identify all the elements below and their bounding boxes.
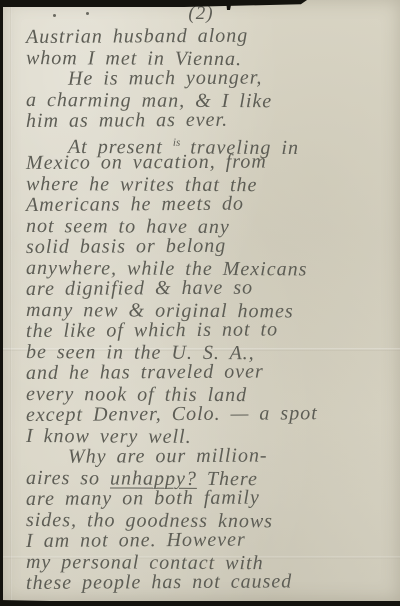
handwritten-line: He is much younger, bbox=[26, 67, 398, 90]
handwritten-line: Why are our million- bbox=[26, 445, 398, 468]
handwritten-line: Austrian husband along bbox=[26, 25, 398, 48]
handwritten-line: and he has traveled over bbox=[26, 361, 398, 384]
handwritten-line: are many on both family bbox=[26, 487, 398, 510]
fold-crease-vertical bbox=[10, 0, 12, 601]
letter-lines: Austrian husband alongwhom I met in Vien… bbox=[26, 27, 398, 594]
handwritten-line: solid basis or belong bbox=[26, 235, 398, 258]
handwritten-line: him as much as ever. bbox=[26, 109, 398, 132]
letter-paper: (2) Austrian husband alongwhom I met in … bbox=[2, 0, 400, 601]
scan-edge-left bbox=[0, 0, 3, 606]
handwritten-line: are dignified & have so bbox=[26, 277, 398, 300]
handwritten-line: Americans he meets do bbox=[26, 193, 398, 216]
handwritten-line: the like of which is not to bbox=[26, 319, 398, 342]
handwritten-line: Mexico on vacation, from bbox=[26, 151, 398, 174]
handwritten-line: I am not one. However bbox=[26, 529, 398, 552]
scanned-letter-page: (2) Austrian husband alongwhom I met in … bbox=[0, 0, 400, 606]
handwritten-line: these people has not caused bbox=[26, 571, 398, 594]
handwritten-line: except Denver, Colo. — a spot bbox=[26, 403, 398, 426]
